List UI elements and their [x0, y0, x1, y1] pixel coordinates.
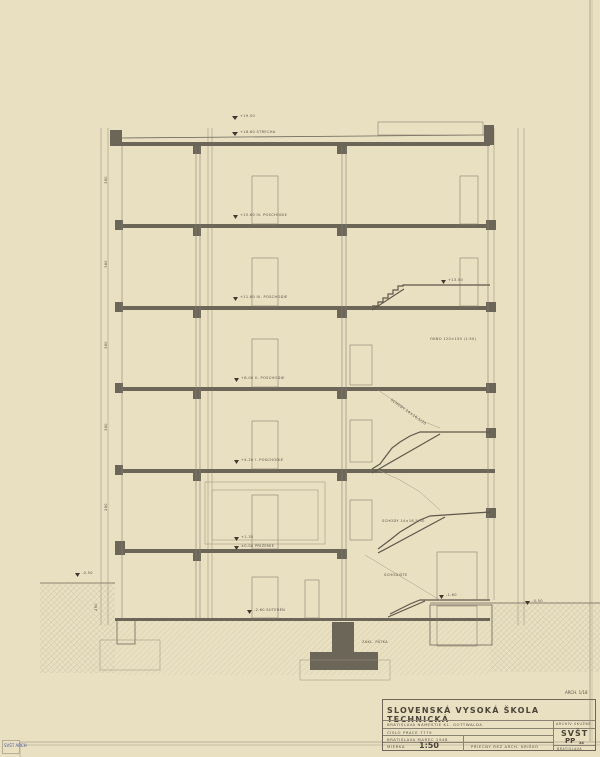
location: BRATISLAVA NÁMESTIE KL. GOTTWALDA [387, 722, 483, 727]
level-label-floor-2: +8.00 II. POSCHODIE [241, 376, 285, 380]
archive-stamp: SVŠT ARCH [4, 743, 27, 748]
title-block: SLOVENSKÁ VYSOKÁ ŠKOLA TECHNICKÁ BRATISL… [382, 699, 596, 751]
scale-label: MIERKA [387, 744, 405, 749]
dim-floor-height-3: 380 [104, 260, 108, 268]
level-label-ground-floor: ±0.00 PRÍZEMIE [241, 544, 274, 548]
building-section-drawing [0, 0, 600, 757]
level-label-roof-top: +19.50 [240, 114, 255, 118]
work-number: ČÍSLO PRÁCE 7779 [387, 730, 432, 735]
dim-floor-height-4: 380 [104, 176, 108, 184]
roof-slab [110, 122, 494, 146]
archive-city: BRATISLAVA [557, 747, 582, 751]
level-label-basement: -2.60 SUTERÉN [254, 608, 285, 612]
columns [193, 142, 347, 561]
dim-floor-height-1: 380 [104, 423, 108, 431]
level-label-floor-3: +11.80 III. POSCHODIE [240, 295, 288, 299]
dim-floor-height-2: 380 [104, 341, 108, 349]
level-label-floor-1: +4.20 I. POSCHODIE [241, 458, 283, 462]
level-label-floor-4: +15.60 IV. POSCHODIE [240, 213, 287, 217]
level-label-landing-upper: +13.50 [448, 278, 463, 282]
stair-section-note: SCHODIŠTE [384, 573, 408, 577]
stair-note-lower: SCHODY 14×16,5/30 [382, 519, 425, 523]
level-label-landing-lower: -1.60 [446, 593, 457, 597]
signature: ARCH. 1/18 [565, 690, 588, 695]
level-label-terrain-right: -0.50 [532, 599, 543, 603]
foundation-note: ZÁKL. PÄTKA [362, 640, 388, 644]
staircase [372, 285, 490, 617]
drawing-sheet: +19.50 +18.60 STRECHA +15.60 IV. POSCHOD… [0, 0, 600, 757]
drawing-author: PRIEČNY REZ ARCH. KRIŠKO [471, 744, 539, 749]
level-label-terrain-left: -0.50 [82, 571, 93, 575]
window-note: OKNO 120×150 (1:50) [430, 337, 476, 341]
archive-sub: PP [565, 737, 575, 745]
floor-slabs [115, 220, 496, 621]
scale-value: 1:50 [419, 741, 439, 750]
level-label-roof: +18.60 STRECHA [240, 130, 276, 134]
doors [205, 176, 478, 646]
archive-sub-index: 24 [579, 741, 584, 745]
dim-floor-height-0: 280 [104, 503, 108, 511]
archive-header: ARCHÍV SKUŽBE [556, 722, 591, 726]
level-label-mezzanine: +1.35 [241, 535, 254, 539]
dim-basement-height: 260 [94, 603, 98, 611]
